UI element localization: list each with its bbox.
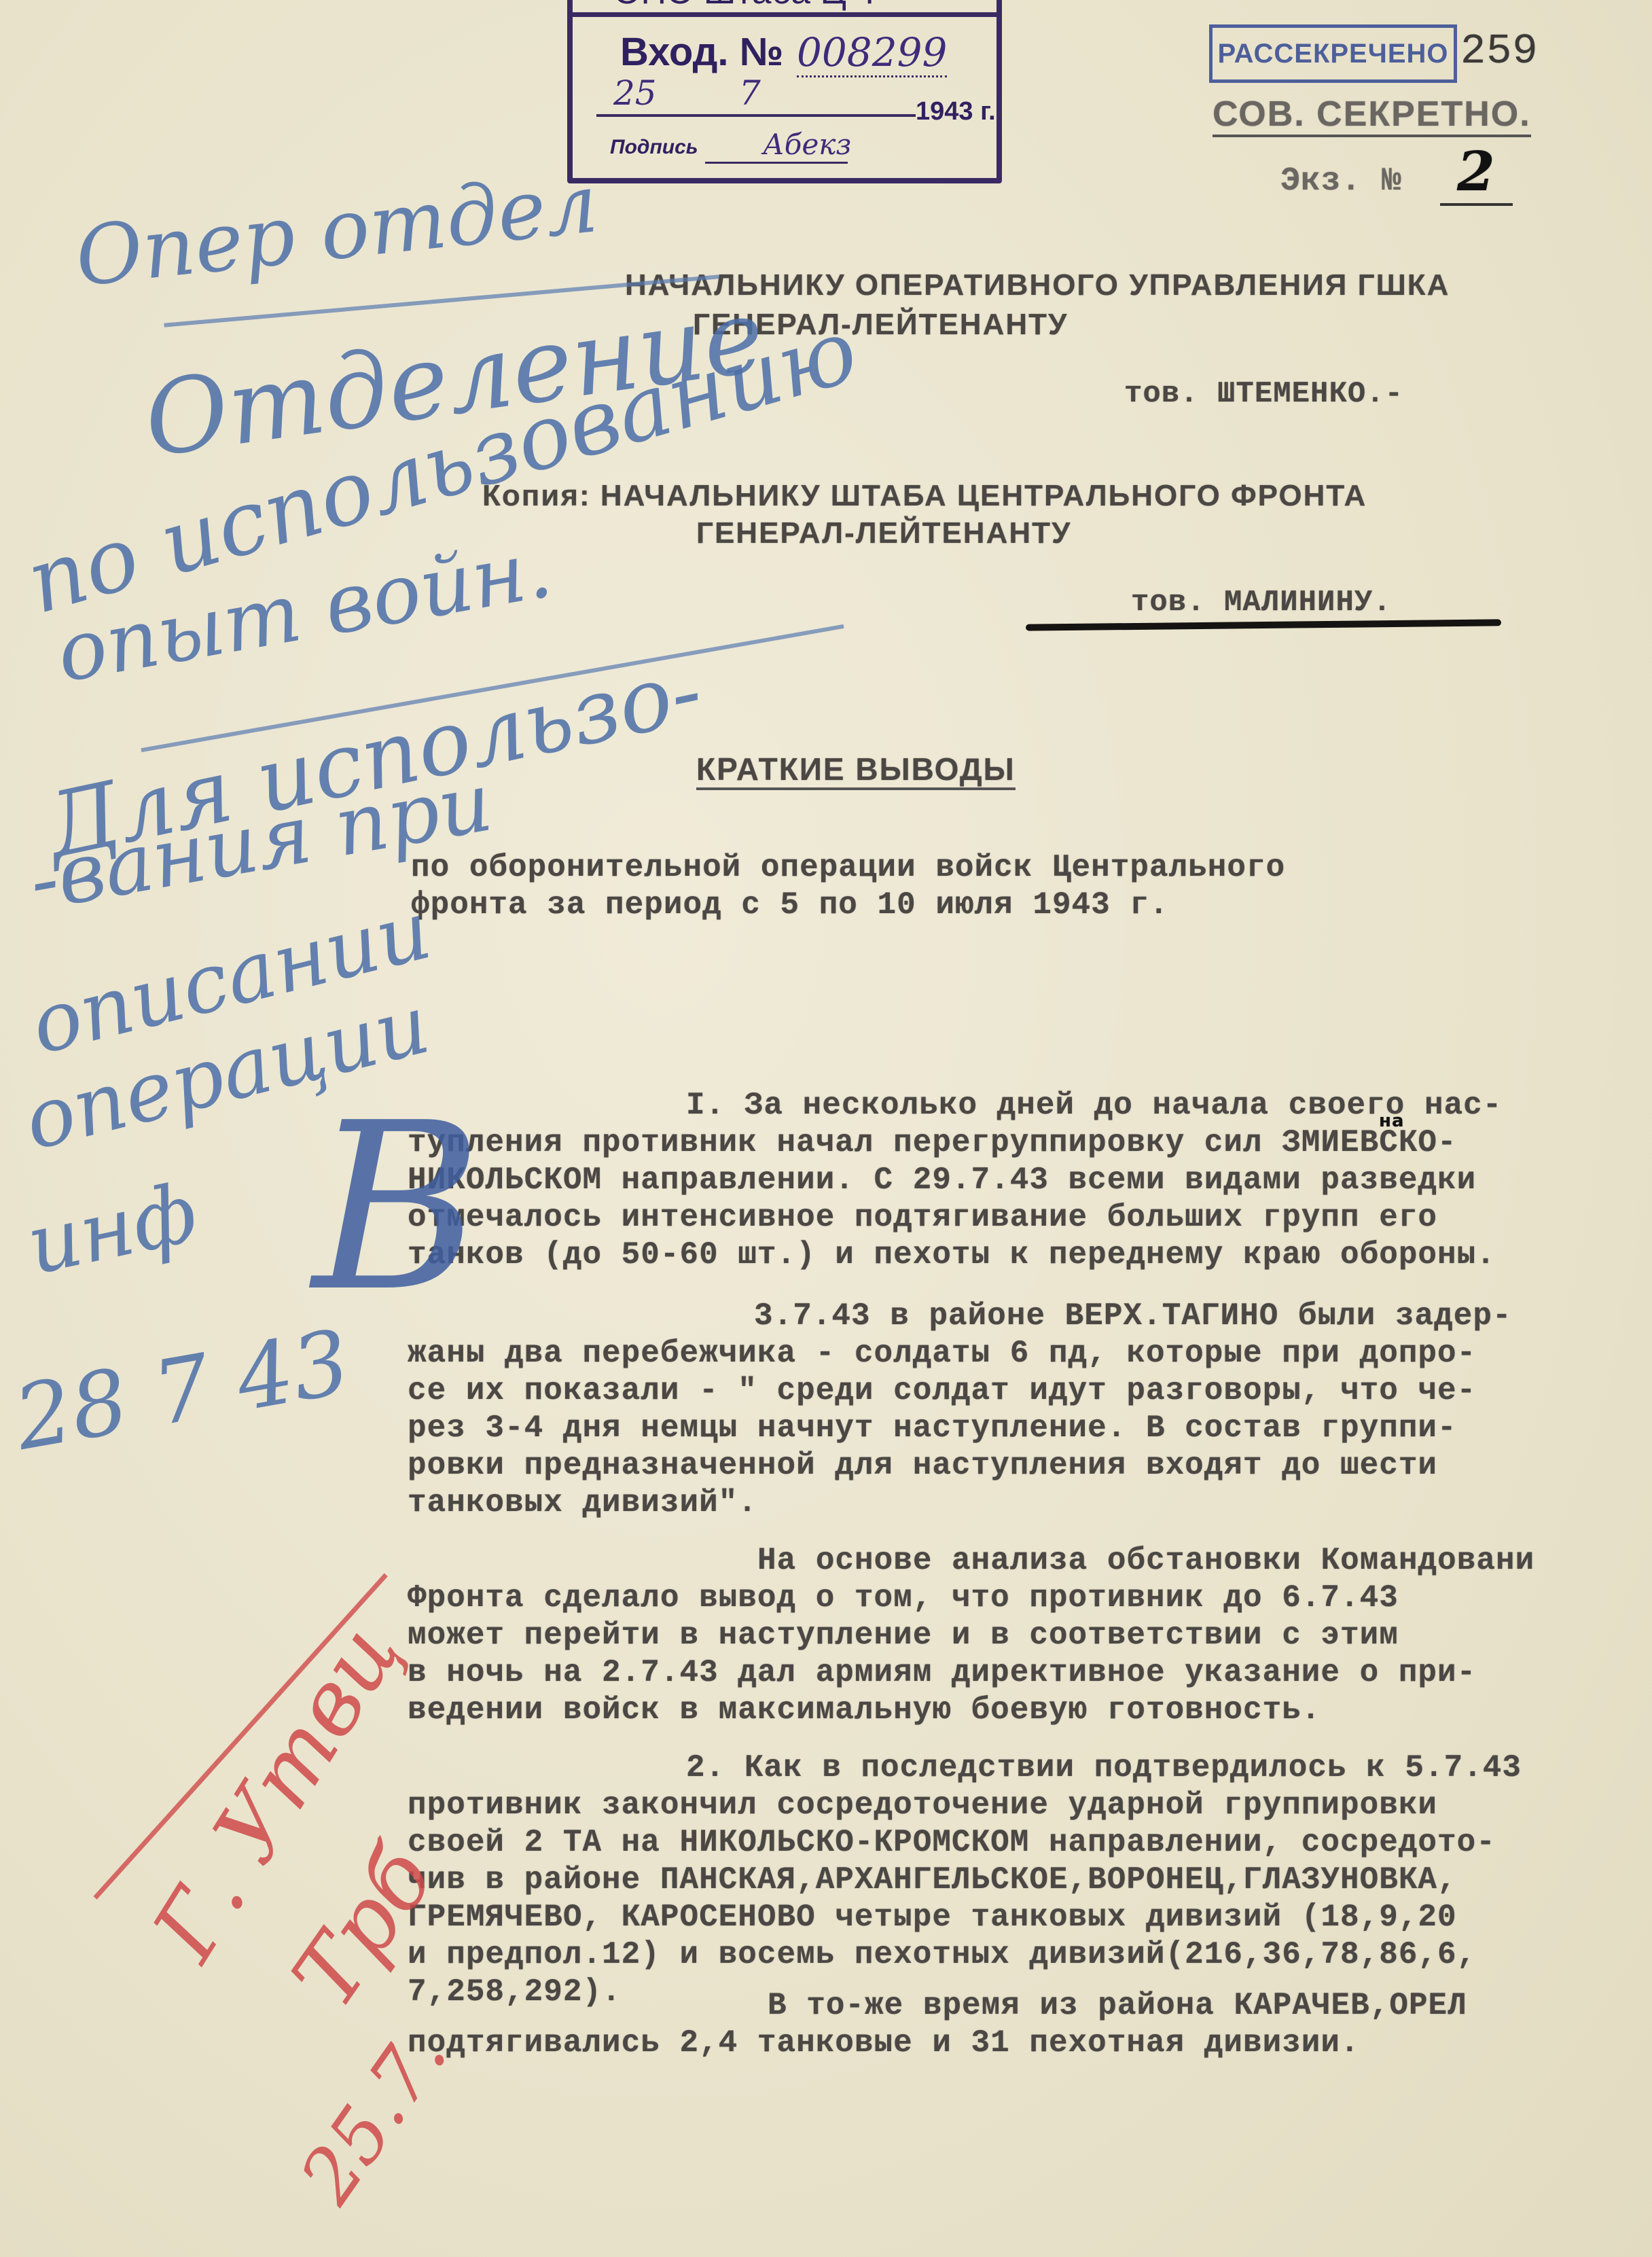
text-line: танковых дивизий". — [408, 1485, 757, 1522]
stamp-signature: Абекз — [763, 128, 851, 161]
addressee-primary-name: тов. ШТЕМЕНКО.- — [1124, 377, 1403, 411]
stamp-day: 25 — [613, 73, 657, 113]
copy-number: 2 — [1440, 139, 1513, 206]
red-handwritten-line: 25.7. — [283, 2013, 463, 2219]
handwritten-line: Опер отдел — [71, 156, 602, 305]
text-line: противник закончил сосредоточение ударно… — [408, 1787, 1437, 1824]
text-line: 3.7.43 в районе ВЕРХ.ТАГИНО были задер- — [754, 1298, 1512, 1335]
stamp-signature-label: Подпись — [610, 136, 698, 159]
text-line: тупления противник начал перегруппировку… — [408, 1124, 1457, 1162]
stamp-month: 7 — [739, 73, 761, 113]
text-line: в ночь на 2.7.43 дал армиям директивное … — [408, 1654, 1476, 1692]
text-line: рез 3-4 дня немцы начнут наступление. В … — [408, 1410, 1457, 1447]
copy-label: Экз. № — [1280, 163, 1402, 200]
stamp-divider — [573, 12, 996, 17]
document-title: КРАТКИЕ ВЫВОДЫ — [696, 751, 1016, 790]
declassified-label: РАССЕКРЕЧЕНО — [1217, 39, 1448, 69]
stamp-label: Вход. № — [620, 29, 783, 75]
ink-underline — [1026, 619, 1501, 630]
text-line: ровки предназначенной для наступления вх… — [408, 1447, 1437, 1485]
addressee-copy-name: тов. МАЛИНИНУ. — [1131, 586, 1392, 620]
text-line: может перейти в наступление и в соответс… — [408, 1617, 1399, 1654]
page-number: 259 — [1460, 27, 1539, 75]
document-page: ОПО Штаба Ц Ф Вход. № 008299 25 7 1943 г… — [0, 0, 1652, 2257]
text-line: НИКОЛЬСКОМ направлении. С 29.7.43 всеми … — [408, 1162, 1476, 1199]
declassified-stamp: РАССЕКРЕЧЕНО — [1209, 24, 1457, 83]
incoming-number: 008299 — [797, 29, 947, 77]
text-line: В то-же время из района КАРАЧЕВ,ОРЕЛ — [768, 1987, 1467, 2025]
text-line: На основе анализа обстановки Командовани — [757, 1542, 1534, 1580]
blue-signature: В — [312, 1073, 482, 1343]
handwritten-insert: на — [1379, 1111, 1405, 1131]
text-line: чив в районе ПАНСКАЯ,АРХАНГЕЛЬСКОЕ,ВОРОН… — [408, 1862, 1457, 1899]
text-line: подтягивались 2,4 танковые и 31 пехотная… — [408, 2025, 1360, 2062]
incoming-stamp: ОПО Штаба Ц Ф Вход. № 008299 25 7 1943 г… — [567, 0, 1002, 183]
stamp-signature-line — [705, 162, 848, 164]
stamp-year: 1943 г. — [916, 97, 996, 126]
text-line: отмечалось интенсивное подтягивание боль… — [408, 1199, 1437, 1237]
text-line: ГРЕМЯЧЕВО, КАРОСЕНОВО четыре танковых ди… — [408, 1899, 1457, 1936]
text-line: и предпол.12) и восемь пехотных дивизий(… — [408, 1936, 1476, 1974]
classification-level: СОВ. СЕКРЕТНО. — [1213, 94, 1531, 137]
text-line: Фронта сделало вывод о том, что противни… — [408, 1580, 1399, 1617]
stamp-date-line — [596, 114, 916, 117]
document-subtitle-line2: фронта за период с 5 по 10 июля 1943 г. — [411, 887, 1169, 924]
addressee-copy-line2: ГЕНЕРАЛ-ЛЕЙТЕНАНТУ — [696, 516, 1071, 550]
text-line: жаны два перебежчика - солдаты 6 пд, кот… — [408, 1335, 1476, 1372]
text-line: се их показали - " среди солдат идут раз… — [408, 1372, 1476, 1410]
handwritten-line: инф — [19, 1166, 205, 1294]
document-subtitle-line1: по оборонительной операции войск Централ… — [411, 849, 1285, 887]
text-line: ведении войск в максимальную боевую гото… — [408, 1692, 1321, 1729]
text-line: 7,258,292). — [408, 1974, 622, 2011]
handwritten-line: 28 7 43 — [7, 1310, 357, 1470]
text-line: своей 2 ТА на НИКОЛЬСКО-КРОМСКОМ направл… — [408, 1824, 1496, 1862]
stamp-header: ОПО Штаба Ц Ф — [613, 0, 883, 12]
text-line: танков (до 50-60 шт.) и пехоты к передне… — [408, 1237, 1496, 1274]
text-line: 2. Как в последствии подтвердилось к 5.7… — [686, 1749, 1522, 1787]
addressee-copy-line1: Копия: НАЧАЛЬНИКУ ШТАБА ЦЕНТРАЛЬНОГО ФРО… — [482, 479, 1367, 513]
